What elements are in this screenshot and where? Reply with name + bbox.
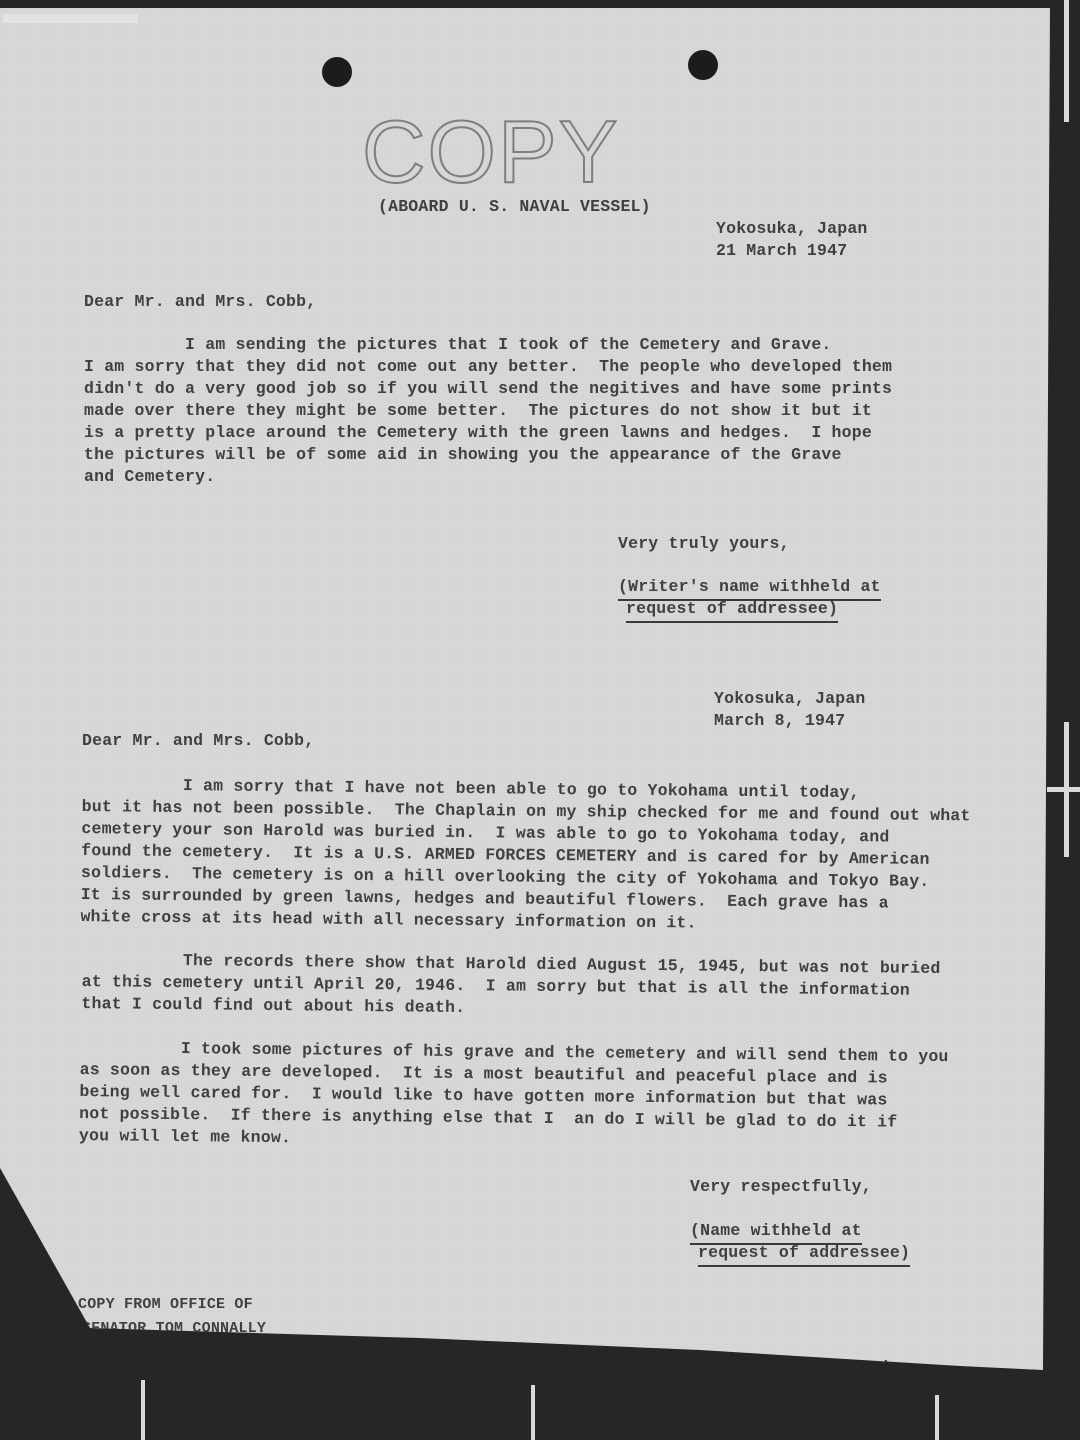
letter2-salutation: Dear Mr. and Mrs. Cobb, bbox=[82, 730, 314, 752]
letter1-signature-line2: request of addressee) bbox=[626, 598, 838, 623]
punch-hole-left bbox=[322, 57, 352, 87]
body-line: that I could find out about his death. bbox=[81, 993, 465, 1019]
body-line: made over there they might be some bette… bbox=[84, 400, 872, 422]
letter1-closing: Very truly yours, bbox=[618, 533, 790, 555]
body-line: I am sending the pictures that I took of… bbox=[84, 334, 832, 356]
background-divider bbox=[935, 1395, 939, 1440]
letter2-date: March 8, 1947 bbox=[714, 710, 845, 732]
footer-line2: SENATOR TOM CONNALLY bbox=[82, 1318, 266, 1340]
body-line: the pictures will be of some aid in show… bbox=[84, 444, 842, 466]
footer-line3: (Original letters and photograph of grav… bbox=[74, 1340, 893, 1379]
body-line: I am sorry that they did not come out an… bbox=[84, 356, 892, 378]
background-divider bbox=[531, 1385, 535, 1440]
letter2-closing: Very respectfully, bbox=[690, 1176, 872, 1198]
document-page: COPY (ABOARD U. S. NAVAL VESSEL) Yokosuk… bbox=[0, 8, 1050, 1428]
letter1-date: 21 March 1947 bbox=[716, 240, 847, 262]
background-divider bbox=[1047, 787, 1080, 792]
header-note: (ABOARD U. S. NAVAL VESSEL) bbox=[378, 196, 651, 218]
body-line: is a pretty place around the Cemetery wi… bbox=[84, 422, 872, 444]
body-line: you will let me know. bbox=[79, 1125, 291, 1149]
body-line: and Cemetery. bbox=[84, 466, 215, 488]
background-divider bbox=[1064, 0, 1069, 122]
footer-line1: COPY FROM OFFICE OF bbox=[78, 1294, 253, 1316]
letter2-place: Yokosuka, Japan bbox=[714, 688, 866, 710]
letter1-place: Yokosuka, Japan bbox=[716, 218, 868, 240]
copy-stamp: COPY bbox=[362, 108, 619, 196]
paper-edge bbox=[3, 14, 138, 23]
letter1-salutation: Dear Mr. and Mrs. Cobb, bbox=[84, 291, 316, 313]
background-divider bbox=[141, 1380, 145, 1440]
punch-hole-right bbox=[688, 50, 718, 80]
body-line: didn't do a very good job so if you will… bbox=[84, 378, 892, 400]
letter2-signature-line2: request of addressee) bbox=[698, 1242, 910, 1267]
